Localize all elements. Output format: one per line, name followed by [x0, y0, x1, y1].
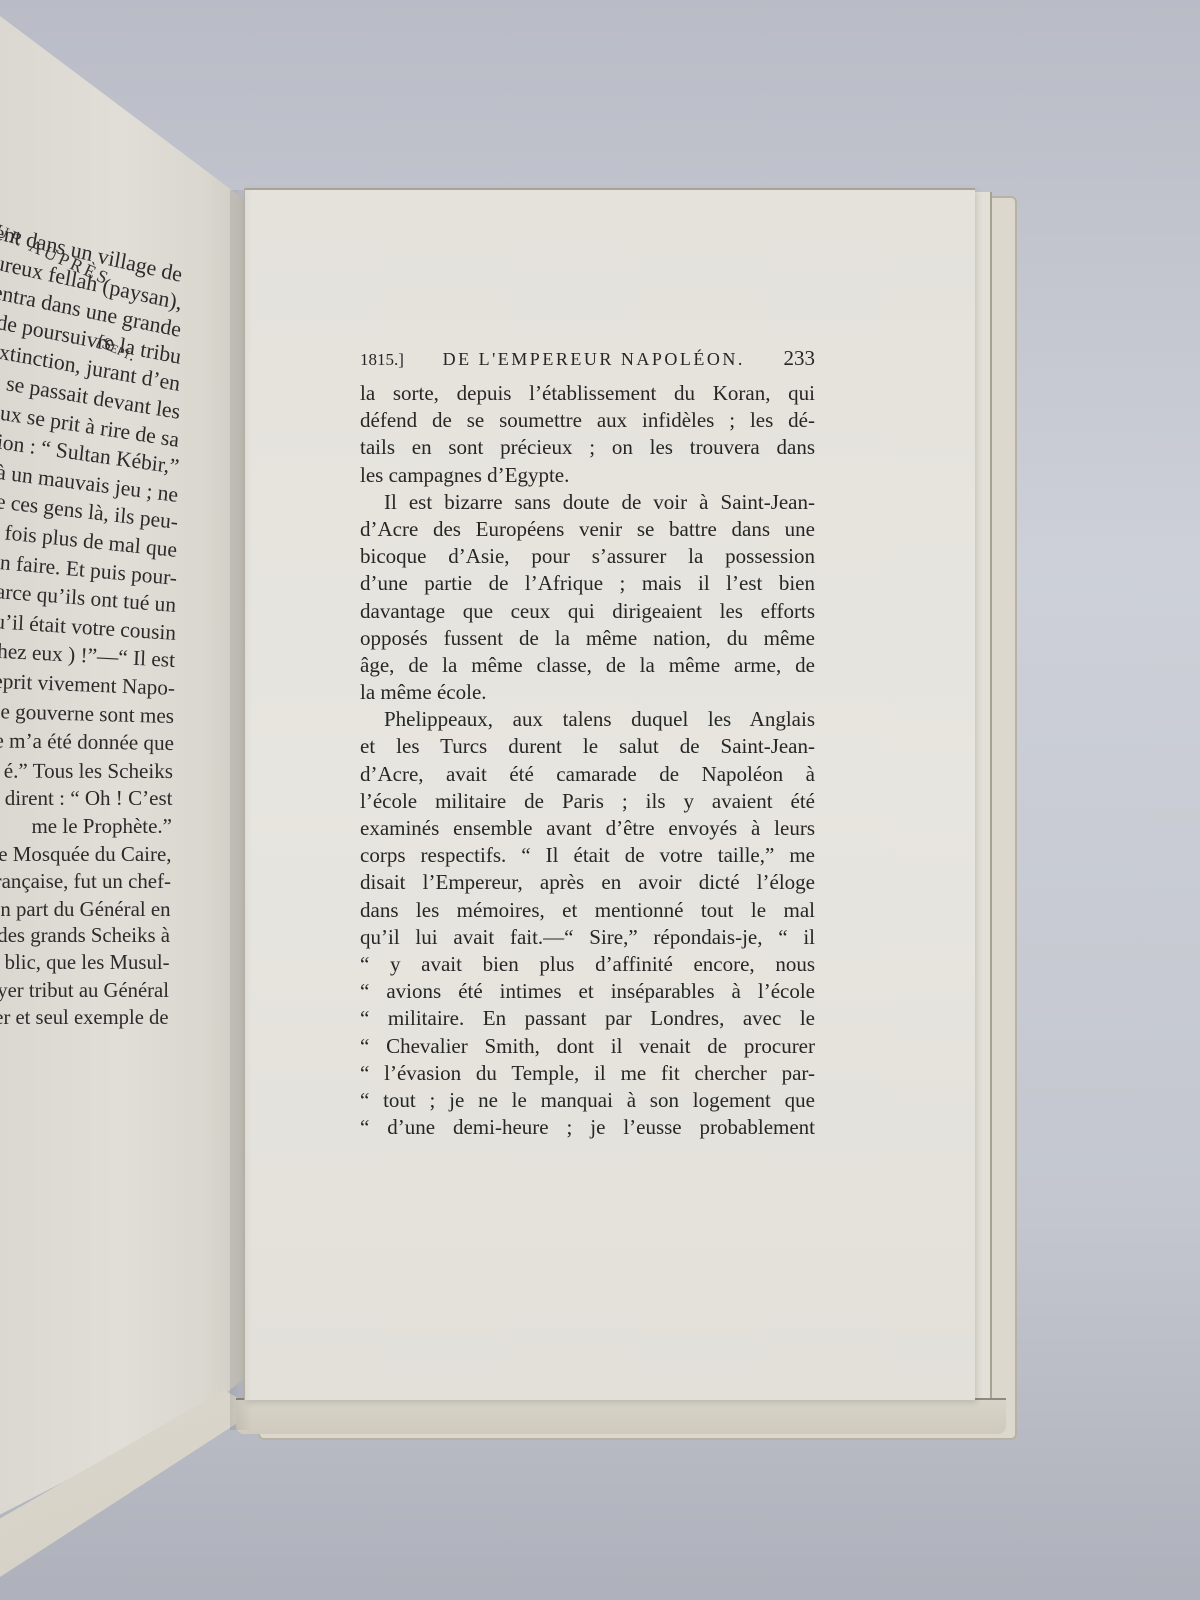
page-number: 233 [783, 346, 815, 371]
body-text: la sorte, depuis l’établissement du Kora… [360, 380, 815, 1141]
text-line: d’Acre des Européens venir se battre dan… [360, 516, 815, 543]
text-line: Phelippeaux, aux talens duquel les Angla… [360, 706, 815, 733]
text-line: opposés fussent de la même nation, du mê… [360, 625, 815, 652]
running-head-year: 1815.] [360, 350, 404, 370]
text-line: Il est bizarre sans doute de voir à Sain… [360, 489, 815, 516]
left-text-line: me le Prophète.” [0, 814, 172, 839]
text-line: et les Turcs durent le salut de Saint-Je… [360, 733, 815, 760]
gutter-shadow [230, 190, 252, 1430]
left-text-line: n part du Général en [0, 897, 171, 922]
text-line: “ Chevalier Smith, dont il venait de pro… [360, 1033, 815, 1060]
text-line: corps respectifs. “ Il était de votre ta… [360, 842, 815, 869]
text-line: examinés ensemble avant d’être envoyés à… [360, 815, 815, 842]
right-page-text: 1815.] DE L'EMPEREUR NAPOLÉON. 233 la so… [360, 346, 815, 1141]
text-line: la même école. [360, 679, 815, 706]
text-line: défend de se soumettre aux infidèles ; l… [360, 407, 815, 434]
left-text-line: blic, que les Musul- [0, 952, 170, 975]
left-text-line: e m’a été donnée que [0, 727, 174, 756]
text-line: l’école militaire de Paris ; ils y avaie… [360, 788, 815, 815]
left-text-line: é.” Tous les Scheiks [0, 758, 173, 784]
left-text-line: des grands Scheiks à [0, 924, 170, 948]
text-line: la sorte, depuis l’établissement du Kora… [360, 380, 815, 407]
text-line: “ tout ; je ne le manquai à son logement… [360, 1087, 815, 1114]
text-line: “ l’évasion du Temple, il me fit cherche… [360, 1060, 815, 1087]
left-text-line: ayer tribut au Général [0, 980, 169, 1003]
text-line: âge, de la même classe, de la même arme,… [360, 652, 815, 679]
left-text-line: de Mosquée du Caire, [0, 842, 172, 867]
text-line: “ avions été intimes et inséparables à l… [360, 978, 815, 1005]
text-line: d’une partie de l’Afrique ; mais il l’es… [360, 570, 815, 597]
text-line: “ d’une demi-heure ; je l’eusse probable… [360, 1114, 815, 1141]
text-line: disait l’Empereur, après en avoir dicté … [360, 869, 815, 896]
text-line: “ y avait bien plus d’affinité encore, n… [360, 951, 815, 978]
text-line: davantage que ceux qui dirigeaient les e… [360, 598, 815, 625]
text-line: tails en sont précieux ; on les trouvera… [360, 434, 815, 461]
page-bottom-deckle-edge [236, 1398, 1006, 1434]
running-head: 1815.] DE L'EMPEREUR NAPOLÉON. 233 [360, 346, 815, 380]
text-line: bicoque d’Asie, pour s’assurer la posses… [360, 543, 815, 570]
book-photo: UR AUPRÈS [Sept. èrent dans un village d… [0, 0, 1200, 1600]
left-text-line: dirent : “ Oh ! C’est [0, 786, 173, 811]
text-line: dans les mémoires, et mentionné tout le … [360, 897, 815, 924]
text-line: “ militaire. En passant par Londres, ave… [360, 1005, 815, 1032]
left-text-line: rançaise, fut un chef- [0, 869, 171, 894]
text-line: d’Acre, avait été camarade de Napoléon à [360, 761, 815, 788]
left-text-line: er et seul exemple de [0, 1007, 169, 1030]
text-line: les campagnes d’Egypte. [360, 462, 815, 489]
text-line: qu’il lui avait fait.—“ Sire,” répondais… [360, 924, 815, 951]
running-head-title: DE L'EMPEREUR NAPOLÉON. [443, 349, 745, 370]
